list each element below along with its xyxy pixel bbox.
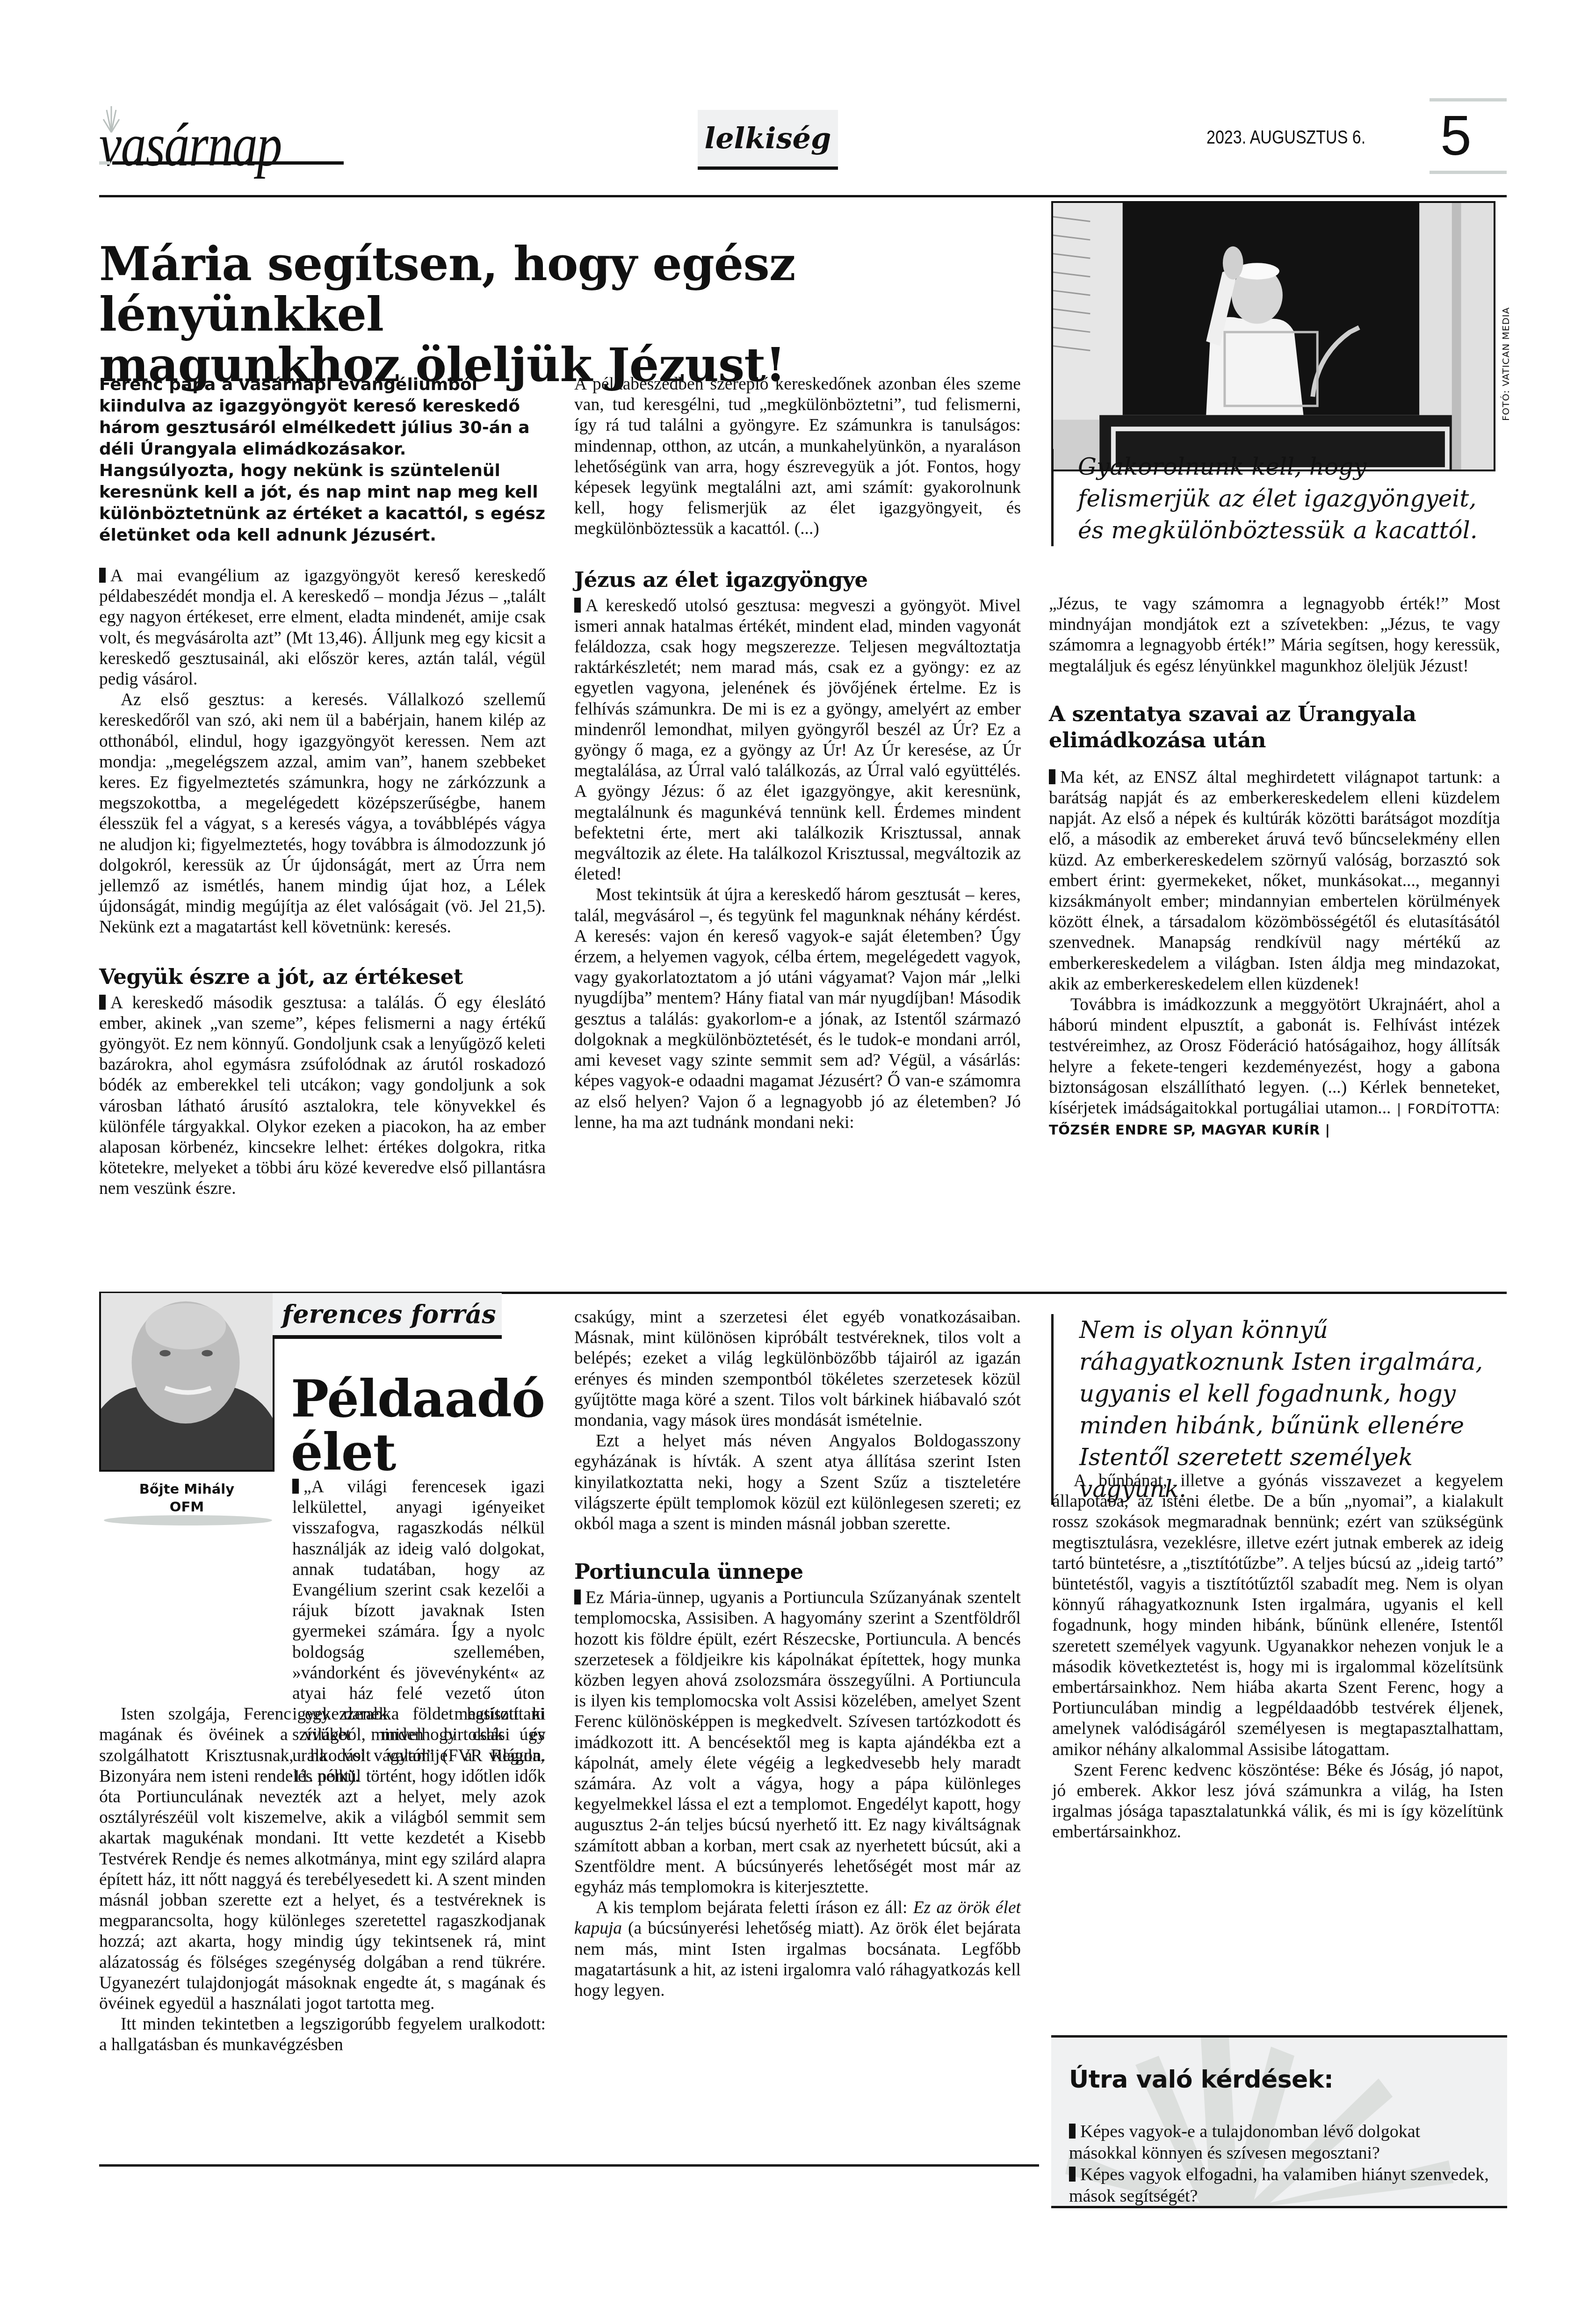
paragraph-marker — [99, 568, 106, 583]
article-column-1: Ferenc pápa a vasárnapi evangéliumból ki… — [99, 374, 546, 1200]
column-column-2: csakúgy, mint a szerzetesi élet egyéb vo… — [574, 1307, 1021, 2001]
issue-date: 2023. AUGUSZTUS 6. — [1206, 127, 1365, 148]
paragraph-text: A kis templom bejárata feletti íráson ez… — [596, 1898, 913, 1917]
question-marker — [1069, 2124, 1076, 2139]
article-body-5: „Jézus, te vagy számomra a legnagyobb ér… — [1049, 594, 1500, 677]
column-body-4: A bűnbánat, illetve a gyónás visszavezet… — [1052, 1471, 1503, 1843]
paragraph: A kereskedő utolsó gesztusa: megveszi a … — [574, 596, 1021, 885]
column-body-3: Ez Mária-ünnep, ugyanis a Portiuncula Sz… — [574, 1588, 1021, 2001]
paragraph: Továbbra is imádkozzunk a meggyötört Ukr… — [1049, 995, 1500, 1140]
paragraph-text: A kereskedő második gesztusa: a találás.… — [99, 993, 546, 1199]
article-headline: Mária segítsen, hogy egész lényünkkel ma… — [99, 239, 1034, 390]
paragraph: Ez Mária-ünnep, ugyanis a Portiuncula Sz… — [574, 1588, 1021, 1898]
paragraph: Ezt a helyet más néven Angyalos Boldogas… — [574, 1431, 1021, 1534]
translator-credit-name: TŐZSÉR ENDRE SP, MAGYAR KURÍR | — [1049, 1122, 1330, 1138]
text-wrap-spacer — [99, 1477, 293, 1610]
article-body-2: A kereskedő második gesztusa: a találás.… — [99, 993, 546, 1200]
page-number: 5 — [1440, 105, 1472, 166]
column-label-tab: ferences forrás — [273, 1293, 502, 1339]
column-title-line-1: Példaadó — [291, 1373, 501, 1426]
paragraph-text: A mai evangélium az igazgyöngyöt kereső … — [99, 566, 546, 689]
subheading: Vegyük észre a jót, az értékeset — [99, 964, 546, 990]
article-body-6: Ma két, az ENSZ által meghirdetett világ… — [1049, 767, 1500, 1141]
author-portrait — [99, 1293, 274, 1472]
article-body-3: A példabeszédben szereplő kereskedőnek a… — [574, 374, 1021, 540]
paragraph: A bűnbánat, illetve a gyónás visszavezet… — [1052, 1471, 1503, 1760]
column-body-1: „A világi ferencesek igazi lelkülettel, … — [99, 1477, 546, 2206]
pope-photo — [1051, 201, 1495, 471]
paragraph: Most tekintsük át újra a kereskedő három… — [574, 885, 1021, 1133]
paragraph: Az első gesztus: a keresés. Vállalkozó s… — [99, 690, 546, 938]
author-photo-image — [101, 1293, 273, 1470]
article-body-4: A kereskedő utolsó gesztusa: megveszi a … — [574, 596, 1021, 1133]
paragraph-text: Ez Mária-ünnep, ugyanis a Portiuncula Sz… — [574, 1588, 1021, 1897]
page-number-rule-top — [1430, 98, 1507, 101]
paragraph: A példabeszédben szereplő kereskedőnek a… — [574, 374, 1021, 540]
paragraph: A mai evangélium az igazgyöngyöt kereső … — [99, 566, 546, 690]
questions-title: Útra való kérdések: — [1069, 2066, 1507, 2094]
question-item: Képes vagyok-e a tulajdonomban lévő dolg… — [1069, 2121, 1490, 2164]
subheading: A szentatya szavai az Úrangyala elimádko… — [1049, 701, 1500, 753]
section-tab: lelkiség — [698, 110, 838, 170]
section-label: lelkiség — [705, 121, 831, 155]
paragraph: Isten szolgája, Ferenc egy darabka földe… — [99, 1704, 546, 2014]
headline-line-1: Mária segítsen, hogy egész lényünkkel — [99, 239, 1034, 340]
question-marker — [1069, 2167, 1076, 2182]
paragraph-marker — [574, 1590, 581, 1604]
footer-rule — [99, 2164, 1039, 2167]
questions-content: Útra való kérdések: Képes vagyok-e a tul… — [1051, 2038, 1507, 2207]
paragraph: Itt minden tekintetben a legszigorúbb fe… — [99, 2014, 546, 2055]
column-title-line-2: élet — [291, 1426, 501, 1479]
paragraph-text: (a búcsúnyerési lehetőség miatt). Az örö… — [574, 1919, 1021, 2000]
reflection-questions-box: Útra való kérdések: Képes vagyok-e a tul… — [1051, 2035, 1507, 2208]
photo-credit: FOTÓ: VATICAN MEDIA — [1500, 307, 1511, 421]
paragraph: „Jézus, te vagy számomra a legnagyobb ér… — [1049, 594, 1500, 677]
translator-credit-label: | FORDÍTOTTA: — [1397, 1101, 1500, 1117]
paragraph: csakúgy, mint a szerzetesi élet egyéb vo… — [574, 1307, 1021, 1431]
header-divider — [99, 195, 1507, 197]
logo-underline-accent — [99, 161, 110, 165]
paragraph-marker — [574, 598, 581, 613]
article-body-1: A mai evangélium az igazgyöngyöt kereső … — [99, 566, 546, 938]
paragraph-marker — [1049, 769, 1055, 784]
question-text: Képes vagyok elfogadni, ha valamiben hiá… — [1069, 2165, 1489, 2206]
article-column-2: A példabeszédben szereplő kereskedőnek a… — [574, 374, 1021, 1133]
page-number-rule-bottom — [1430, 171, 1507, 174]
paragraph: A kis templom bejárata feletti íráson ez… — [574, 1898, 1021, 2001]
question-text: Képes vagyok-e a tulajdonomban lévő dolg… — [1069, 2122, 1420, 2163]
paragraph-marker — [99, 995, 106, 1010]
article-lead: Ferenc pápa a vasárnapi evangéliumból ki… — [99, 374, 546, 546]
paragraph-text: Továbbra is imádkozzunk a meggyötört Ukr… — [1049, 995, 1500, 1118]
paragraph: Ma két, az ENSZ által meghirdetett világ… — [1049, 767, 1500, 995]
question-item: Képes vagyok elfogadni, ha valamiben hiá… — [1069, 2164, 1490, 2207]
column-title: Példaadó élet — [291, 1373, 501, 1479]
column-body-2: csakúgy, mint a szerzetesi élet egyéb vo… — [574, 1307, 1021, 1534]
subheading: Portiuncula ünnepe — [574, 1559, 1021, 1585]
logo-underline — [112, 161, 344, 165]
questions-list: Képes vagyok-e a tulajdonomban lévő dolg… — [1069, 2121, 1490, 2207]
subheading: Jézus az élet igazgyöngye — [574, 567, 1021, 593]
paragraph: A kereskedő második gesztusa: a találás.… — [99, 993, 546, 1200]
article-column-3: „Jézus, te vagy számomra a legnagyobb ér… — [1049, 594, 1500, 1140]
paragraph-text: A kereskedő utolsó gesztusa: megveszi a … — [574, 596, 1021, 884]
paragraph: Szent Ferenc kedvenc köszöntése: Béke és… — [1052, 1760, 1503, 1843]
pope-at-window-image — [1053, 203, 1494, 470]
paragraph-text: Ma két, az ENSZ által meghirdetett világ… — [1049, 768, 1500, 994]
column-label: ferences forrás — [282, 1299, 496, 1329]
article-pullquote: Gyakorolnunk kell, hogy felismerjük az é… — [1051, 449, 1500, 546]
masthead-logo: vasárnap — [99, 105, 361, 171]
